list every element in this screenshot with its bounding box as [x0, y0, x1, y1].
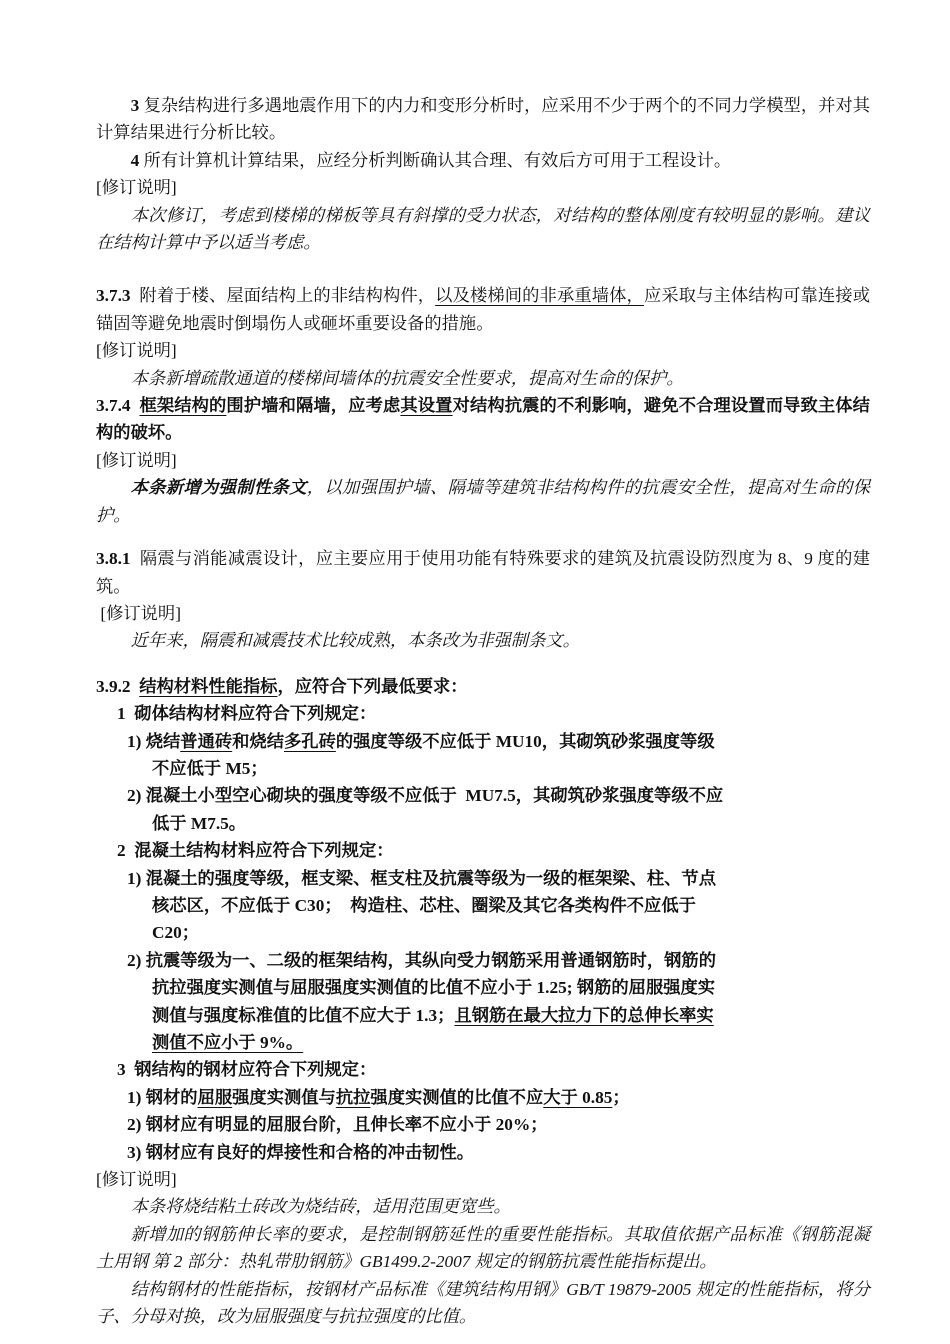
text-run: 钢结构的钢材应符合下列规定：	[126, 1060, 377, 1079]
list-item-2-2: 2) 抗震等级为一、二级的框架结构，其纵向受力钢筋采用普通钢筋时，钢筋的抗拉强度…	[127, 947, 730, 1057]
revision-note-label: [修订说明]	[96, 600, 870, 627]
list-item-1-masonry: 1 砌体结构材料应符合下列规定：	[117, 700, 870, 727]
text-run: 结构钢材的性能指标，按钢材产品标准《建筑结构用钢》GB/T 19879-2005…	[96, 1280, 870, 1326]
text-run: 隔震与消能减震设计，应主要应用于使用功能有特殊要求的建筑及抗震设防烈度为 8、9…	[96, 549, 870, 595]
text-run: 1) 钢材的	[127, 1088, 198, 1107]
revision-note-text: 本条新增为强制性条文，以加强围护墙、隔墙等建筑非结构构件的抗震安全性，提高对生命…	[96, 474, 870, 529]
text-run: 4	[131, 151, 144, 170]
text-run: 混凝土结构材料应符合下列规定：	[126, 841, 394, 860]
document-body: 3 复杂结构进行多遇地震作用下的内力和变形分析时，应采用不少于两个的不同力学模型…	[96, 92, 870, 1330]
clause-item-3: 3 复杂结构进行多遇地震作用下的内力和变形分析时，应采用不少于两个的不同力学模型…	[96, 92, 870, 147]
list-item-2-1: 1) 混凝土的强度等级，框支梁、框支柱及抗震等级为一级的框架梁、柱、节点核芯区，…	[127, 865, 730, 947]
text-run: 1) 混凝土的强度等级，框支梁、框支柱及抗震等级为一级的框架梁、柱、节点核芯区，…	[127, 869, 716, 943]
text-run: 围护墙和隔墙，应考虑	[226, 396, 400, 415]
text-run: 多孔砖	[284, 732, 336, 751]
text-run: ，应符合下列最低要求：	[277, 677, 467, 696]
text-run: 3.7.4	[96, 396, 131, 415]
text-run: 本条新增为强制性条文	[131, 478, 307, 497]
text-run: 和烧结	[232, 732, 284, 751]
text-run: 强度实测值与	[232, 1088, 336, 1107]
text-run	[131, 677, 140, 696]
text-run: 屈服	[198, 1088, 233, 1107]
text-run: 近年来，隔震和减震技术比较成熟，本条改为非强制条文。	[131, 631, 580, 650]
clause-3-9-2: 3.9.2 结构材料性能指标，应符合下列最低要求：	[96, 673, 870, 700]
text-run: 框架结构的	[139, 396, 226, 415]
revision-note-text: 本次修订，考虑到楼梯的梯板等具有斜撑的受力状态，对结构的整体刚度有较明显的影响。…	[96, 202, 870, 257]
revision-note-text: 新增加的钢筋伸长率的要求，是控制钢筋延性的重要性能指标。其取值依据产品标准《钢筋…	[96, 1221, 870, 1276]
text-run: 所有计算机计算结果，应经分析判断确认其合理、有效后方可用于工程设计。	[144, 151, 732, 170]
text-run: 3.7.3	[96, 286, 131, 305]
clause-3-7-4: 3.7.4 框架结构的围护墙和隔墙，应考虑其设置对结构抗震的不利影响，避免不合理…	[96, 392, 870, 447]
list-item-1-2: 2) 混凝土小型空心砌块的强度等级不应低于 MU7.5，其砌筑砂浆强度等级不应低…	[127, 782, 730, 837]
text-run: 1	[117, 704, 126, 723]
text-run: 大于 0.85	[543, 1088, 612, 1107]
text-run: 强度实测值的比值不应	[370, 1088, 543, 1107]
text-run: 本次修订，考虑到楼梯的梯板等具有斜撑的受力状态，对结构的整体刚度有较明显的影响。…	[96, 206, 870, 252]
text-run: 本条将烧结粘土砖改为烧结砖，适用范围更宽些。	[131, 1197, 511, 1216]
text-run: 3	[131, 96, 144, 115]
text-run: 2) 钢材应有明显的屈服台阶，且伸长率不应小于 20%；	[127, 1115, 548, 1134]
text-run: 2	[117, 841, 126, 860]
text-run: 砌体结构材料应符合下列规定：	[126, 704, 377, 723]
revision-note-label: [修订说明]	[96, 1166, 870, 1193]
revision-note-text: 本条将烧结粘土砖改为烧结砖，适用范围更宽些。	[96, 1193, 870, 1220]
text-run: 2) 混凝土小型空心砌块的强度等级不应低于 MU7.5，其砌筑砂浆强度等级不应低…	[127, 786, 723, 832]
list-item-3-1: 1) 钢材的屈服强度实测值与抗拉强度实测值的比值不应大于 0.85；	[127, 1084, 730, 1111]
text-run: 3.8.1	[96, 549, 131, 568]
list-item-3-3: 3) 钢材应有良好的焊接性和合格的冲击韧性。	[127, 1139, 730, 1166]
text-run: 抗拉	[336, 1088, 371, 1107]
text-run: 1) 烧结	[127, 732, 180, 751]
revision-note-text: 近年来，隔震和减震技术比较成熟，本条改为非强制条文。	[96, 627, 870, 654]
text-run: 3.9.2	[96, 677, 131, 696]
text-run: 附着于楼、屋面结构上的非结构构件，	[131, 286, 436, 305]
clause-3-8-1: 3.8.1 隔震与消能减震设计，应主要应用于使用功能有特殊要求的建筑及抗震设防烈…	[96, 545, 870, 600]
list-item-2-concrete: 2 混凝土结构材料应符合下列规定：	[117, 837, 870, 864]
section-gap	[96, 655, 870, 673]
text-run: 本条新增疏散通道的楼梯间墙体的抗震安全性要求，提高对生命的保护。	[131, 369, 684, 388]
revision-note-text: 结构钢材的性能指标，按钢材产品标准《建筑结构用钢》GB/T 19879-2005…	[96, 1276, 870, 1331]
revision-note-text: 本条新增疏散通道的楼梯间墙体的抗震安全性要求，提高对生命的保护。	[96, 365, 870, 392]
document-page: 3 复杂结构进行多遇地震作用下的内力和变形分析时，应采用不少于两个的不同力学模型…	[0, 0, 950, 1344]
list-item-3-2: 2) 钢材应有明显的屈服台阶，且伸长率不应小于 20%；	[127, 1111, 730, 1138]
text-run: 以及楼梯间的非承重墙体，	[435, 286, 644, 305]
text-run: 复杂结构进行多遇地震作用下的内力和变形分析时，应采用不少于两个的不同力学模型，并…	[96, 96, 870, 142]
text-run: 结构材料性能指标	[139, 677, 277, 696]
text-run: 3) 钢材应有良好的焊接性和合格的冲击韧性。	[127, 1143, 474, 1162]
text-run: ；	[612, 1088, 629, 1107]
text-run: 新增加的钢筋伸长率的要求，是控制钢筋延性的重要性能指标。其取值依据产品标准《钢筋…	[96, 1225, 870, 1271]
revision-note-label: [修订说明]	[96, 174, 870, 201]
text-run: [修订说明]	[96, 451, 177, 470]
section-gap	[96, 256, 870, 282]
clause-3-7-3: 3.7.3 附着于楼、屋面结构上的非结构构件，以及楼梯间的非承重墙体，应采取与主…	[96, 282, 870, 337]
text-run: [修订说明]	[96, 604, 181, 623]
text-run: [修订说明]	[96, 178, 177, 197]
list-item-1-1: 1) 烧结普通砖和烧结多孔砖的强度等级不应低于 MU10，其砌筑砂浆强度等级不应…	[127, 728, 730, 783]
section-gap	[96, 529, 870, 545]
text-run: 其设置	[400, 396, 452, 415]
clause-item-4: 4 所有计算机计算结果，应经分析判断确认其合理、有效后方可用于工程设计。	[96, 147, 870, 174]
revision-note-label: [修订说明]	[96, 447, 870, 474]
text-run: [修订说明]	[96, 1170, 177, 1189]
text-run: [修订说明]	[96, 341, 177, 360]
text-run: 3	[117, 1060, 126, 1079]
revision-note-label: [修订说明]	[96, 337, 870, 364]
list-item-3-steel: 3 钢结构的钢材应符合下列规定：	[117, 1056, 870, 1083]
text-run: 普通砖	[180, 732, 232, 751]
